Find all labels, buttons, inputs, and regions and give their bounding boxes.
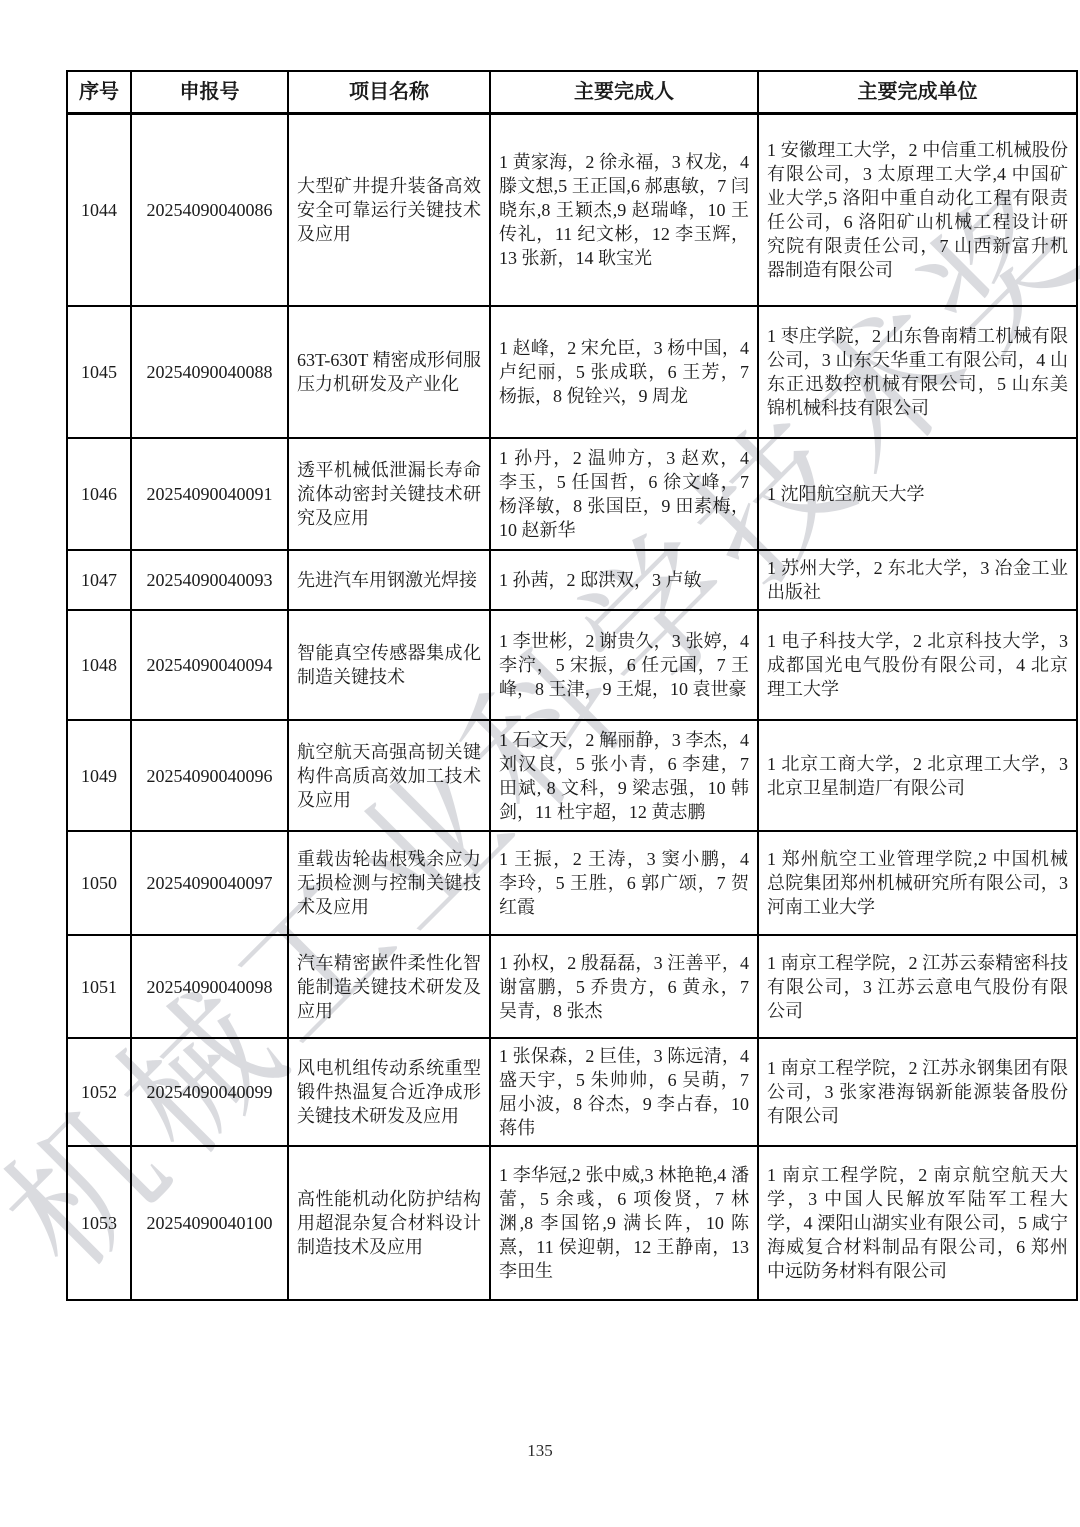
units-cell: 1 郑州航空工业管理学院,2 中国机械总院集团郑州机械研究所有限公司，3 河南工… [758,831,1077,935]
header-main-units: 主要完成单位 [758,71,1077,113]
table-row: 1046 20254090040091 透平机械低泄漏长寿命流体动密封关键技术研… [67,438,1077,550]
app-no-cell: 20254090040100 [131,1146,288,1300]
table-header: 序号 申报号 项目名称 主要完成人 主要完成单位 [67,71,1077,113]
table-row: 1045 20254090040088 63T-630T 精密成形伺服压力机研发… [67,306,1077,438]
seq-cell: 1050 [67,831,131,935]
table-row: 1051 20254090040098 汽车精密嵌件柔性化智能制造关键技术研发及… [67,935,1077,1038]
seq-cell: 1051 [67,935,131,1038]
app-no-cell: 20254090040099 [131,1038,288,1146]
project-name-cell: 高性能机动化防护结构用超混杂复合材料设计制造技术及应用 [288,1146,490,1300]
units-cell: 1 北京工商大学，2 北京理工大学，3 北京卫星制造厂有限公司 [758,720,1077,831]
completers-cell: 1 孙丹，2 温帅方，3 赵欢，4 李玉，5 任国哲，6 徐文峰，7 杨泽敏，8… [490,438,758,550]
units-cell: 1 枣庄学院，2 山东鲁南精工机械有限公司，3 山东天华重工有限公司，4 山东正… [758,306,1077,438]
table-row: 1047 20254090040093 先进汽车用钢激光焊接 1 孙茜，2 邸洪… [67,550,1077,610]
project-name-cell: 智能真空传感器集成化制造关键技术 [288,610,490,720]
completers-cell: 1 赵峰，2 宋允臣，3 杨中国，4 卢纪丽，5 张成联，6 王芳，7 杨振，8… [490,306,758,438]
app-no-cell: 20254090040098 [131,935,288,1038]
header-project-name: 项目名称 [288,71,490,113]
header-app-no: 申报号 [131,71,288,113]
seq-cell: 1044 [67,113,131,306]
project-name-cell: 先进汽车用钢激光焊接 [288,550,490,610]
units-cell: 1 南京工程学院，2 江苏永钢集团有限公司，3 张家港海锅新能源装备股份有限公司 [758,1038,1077,1146]
units-cell: 1 安徽理工大学，2 中信重工机械股份有限公司，3 太原理工大学,4 中国矿业大… [758,113,1077,306]
app-no-cell: 20254090040096 [131,720,288,831]
units-cell: 1 苏州大学，2 东北大学，3 冶金工业出版社 [758,550,1077,610]
project-name-cell: 风电机组传动系统重型锻件热温复合近净成形关键技术研发及应用 [288,1038,490,1146]
project-name-cell: 大型矿井提升装备高效安全可靠运行关键技术及应用 [288,113,490,306]
project-name-cell: 重载齿轮齿根残余应力无损检测与控制关键技术及应用 [288,831,490,935]
table-row: 1053 20254090040100 高性能机动化防护结构用超混杂复合材料设计… [67,1146,1077,1300]
seq-cell: 1053 [67,1146,131,1300]
app-no-cell: 20254090040088 [131,306,288,438]
completers-cell: 1 李世彬，2 谢贵久，3 张婷，4 李泞，5 宋振，6 任元国，7 王峰，8 … [490,610,758,720]
units-cell: 1 南京工程学院，2 南京航空航天大学，3 中国人民解放军陆军工程大学，4 溧阳… [758,1146,1077,1300]
app-no-cell: 20254090040091 [131,438,288,550]
project-name-cell: 汽车精密嵌件柔性化智能制造关键技术研发及应用 [288,935,490,1038]
units-cell: 1 南京工程学院，2 江苏云泰精密科技有限公司，3 江苏云意电气股份有限公司 [758,935,1077,1038]
project-name-cell: 透平机械低泄漏长寿命流体动密封关键技术研究及应用 [288,438,490,550]
project-name-cell: 63T-630T 精密成形伺服压力机研发及产业化 [288,306,490,438]
table-row: 1049 20254090040096 航空航天高强高韧关键构件高质高效加工技术… [67,720,1077,831]
completers-cell: 1 石文天，2 解丽静，3 李杰，4 刘汉良，5 张小青，6 李建，7 田斌, … [490,720,758,831]
completers-cell: 1 李华冠,2 张中威,3 林艳艳,4 潘蕾，5 余彧，6 项俊贤，7 林渊,8… [490,1146,758,1300]
header-main-completers: 主要完成人 [490,71,758,113]
seq-cell: 1049 [67,720,131,831]
seq-cell: 1045 [67,306,131,438]
award-projects-table: 序号 申报号 项目名称 主要完成人 主要完成单位 1044 2025409004… [66,70,1078,1301]
completers-cell: 1 黄家海，2 徐永福，3 权龙，4 滕文想,5 王正国,6 郝惠敏，7 闫晓东… [490,113,758,306]
table-row: 1044 20254090040086 大型矿井提升装备高效安全可靠运行关键技术… [67,113,1077,306]
seq-cell: 1046 [67,438,131,550]
table-row: 1048 20254090040094 智能真空传感器集成化制造关键技术 1 李… [67,610,1077,720]
header-row: 序号 申报号 项目名称 主要完成人 主要完成单位 [67,71,1077,113]
app-no-cell: 20254090040097 [131,831,288,935]
completers-cell: 1 孙茜，2 邸洪双，3 卢敏 [490,550,758,610]
page-number: 135 [0,1441,1080,1461]
app-no-cell: 20254090040086 [131,113,288,306]
units-cell: 1 电子科技大学，2 北京科技大学，3 成都国光电气股份有限公司，4 北京理工大… [758,610,1077,720]
project-name-cell: 航空航天高强高韧关键构件高质高效加工技术及应用 [288,720,490,831]
completers-cell: 1 张保森，2 巨佳，3 陈远清，4 盛天宇，5 朱帅帅，6 吴萌，7 屈小波，… [490,1038,758,1146]
table-row: 1052 20254090040099 风电机组传动系统重型锻件热温复合近净成形… [67,1038,1077,1146]
seq-cell: 1052 [67,1038,131,1146]
header-seq: 序号 [67,71,131,113]
units-cell: 1 沈阳航空航天大学 [758,438,1077,550]
table-row: 1050 20254090040097 重载齿轮齿根残余应力无损检测与控制关键技… [67,831,1077,935]
seq-cell: 1048 [67,610,131,720]
app-no-cell: 20254090040093 [131,550,288,610]
seq-cell: 1047 [67,550,131,610]
completers-cell: 1 孙权，2 殷磊磊，3 汪善平，4 谢富鹏，5 乔贵方，6 黄永，7 吴青，8… [490,935,758,1038]
completers-cell: 1 王振，2 王涛，3 窦小鹏，4 李玲，5 王胜，6 郭广颂，7 贺红霞 [490,831,758,935]
app-no-cell: 20254090040094 [131,610,288,720]
